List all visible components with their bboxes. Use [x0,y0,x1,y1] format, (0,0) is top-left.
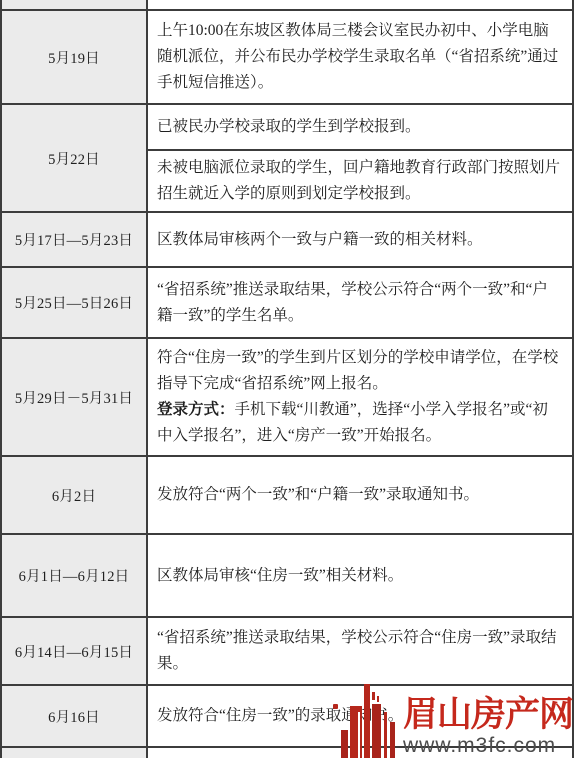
login-method-label: 登录方式： [157,401,235,418]
schedule-text: 符合“住房一致”的学生到片区划分的学校申请学位，在学校指导下完成“省招系统”网上… [148,339,572,455]
watermark-text: 眉山房产网 www.m3fc.com [403,696,573,758]
schedule-text-group: 已被民办学校录取的学生到学校报到。 未被电脑派位录取的学生，回户籍地教育行政部门… [148,105,572,211]
schedule-table: 5月19日 上午10:00在东坡区教体局三楼会议室民办初中、小学电脑随机派位，并… [0,0,574,758]
date-cell: 6月16日 [2,686,148,746]
date-label: 6月16日 [48,706,100,727]
date-cell [2,0,148,9]
schedule-text: 区教体局审核两个一致与户籍一致的相关材料。 [148,213,572,266]
enrollment-schedule-page: 5月19日 上午10:00在东坡区教体局三楼会议室民办初中、小学电脑随机派位，并… [0,0,574,758]
schedule-text-line: 上午10:00在东坡区教体局三楼会议室民办初中、小学电脑随机派位，并公布民办学校… [157,18,562,96]
date-label: 5月29日－5月31日 [15,387,133,408]
schedule-text: 发放符合“两个一致”和“户籍一致”录取通知书。 [148,457,572,533]
schedule-text-line: “省招系统”推送录取结果，学校公示符合“两个一致”和“户籍一致”的学生名单。 [157,277,562,329]
schedule-text-line: 区教体局审核“住房一致”相关材料。 [157,563,562,589]
schedule-text-line: 已被民办学校录取的学生到学校报到。 [157,114,562,140]
date-cell: 5月29日－5月31日 [2,339,148,455]
date-cell: 6月2日 [2,457,148,533]
schedule-subcell: 已被民办学校录取的学生到学校报到。 [148,105,572,149]
date-label: 5月25日—5日26日 [15,292,133,313]
date-cell: 6月14日—6月15日 [2,618,148,684]
table-row: 5月29日－5月31日 符合“住房一致”的学生到片区划分的学校申请学位，在学校指… [2,337,572,455]
schedule-text: 上午10:00在东坡区教体局三楼会议室民办初中、小学电脑随机派位，并公布民办学校… [148,11,572,103]
table-row: 5月22日 已被民办学校录取的学生到学校报到。 未被电脑派位录取的学生，回户籍地… [2,103,572,211]
date-cell: 5月19日 [2,11,148,103]
schedule-text: “省招系统”推送录取结果，学校公示符合“住房一致”录取结果。 [148,618,572,684]
schedule-text [148,0,572,9]
schedule-text-line: 登录方式：手机下载“川教通”，选择“小学入学报名”或“初中入学报名”，进入“房产… [157,397,562,449]
table-row: 6月14日—6月15日 “省招系统”推送录取结果，学校公示符合“住房一致”录取结… [2,616,572,684]
schedule-text: “省招系统”推送录取结果，学校公示符合“两个一致”和“户籍一致”的学生名单。 [148,268,572,337]
table-row: 5月17日—5月23日 区教体局审核两个一致与户籍一致的相关材料。 [2,211,572,266]
date-cell: 6月1日—6月12日 [2,535,148,616]
date-label: 5月22日 [48,148,100,169]
date-label: 5月17日—5月23日 [15,229,133,250]
date-cell [2,748,148,758]
date-cell: 5月22日 [2,105,148,211]
schedule-text-line: 发放符合“两个一致”和“户籍一致”录取通知书。 [157,482,562,508]
date-label: 6月1日—6月12日 [19,565,130,586]
building-skyline-icon [341,682,399,758]
schedule-subcell: 未被电脑派位录取的学生，回户籍地教育行政部门按照划片招生就近入学的原则到划定学校… [148,149,572,211]
date-cell: 5月25日—5日26日 [2,268,148,337]
table-row: 5月19日 上午10:00在东坡区教体局三楼会议室民办初中、小学电脑随机派位，并… [2,9,572,103]
schedule-text-line: 未被电脑派位录取的学生，回户籍地教育行政部门按照划片招生就近入学的原则到划定学校… [157,155,562,207]
table-row-cropped-top [2,0,572,9]
watermark-site-url: www.m3fc.com [403,734,556,758]
watermark-site-name: 眉山房产网 [403,696,573,734]
table-row: 6月1日—6月12日 区教体局审核“住房一致”相关材料。 [2,533,572,616]
watermark-dot [333,704,338,709]
date-label: 6月2日 [52,485,96,506]
date-label: 5月19日 [48,47,100,68]
table-row: 6月2日 发放符合“两个一致”和“户籍一致”录取通知书。 [2,455,572,533]
schedule-text-line: 区教体局审核两个一致与户籍一致的相关材料。 [157,227,562,253]
schedule-text-line: “省招系统”推送录取结果，学校公示符合“住房一致”录取结果。 [157,625,562,677]
watermark: 眉山房产网 www.m3fc.com [341,682,573,758]
schedule-text-line: 符合“住房一致”的学生到片区划分的学校申请学位，在学校指导下完成“省招系统”网上… [157,345,562,397]
date-label: 6月14日—6月15日 [15,641,133,662]
table-row: 5月25日—5日26日 “省招系统”推送录取结果，学校公示符合“两个一致”和“户… [2,266,572,337]
schedule-text: 区教体局审核“住房一致”相关材料。 [148,535,572,616]
date-cell: 5月17日—5月23日 [2,213,148,266]
